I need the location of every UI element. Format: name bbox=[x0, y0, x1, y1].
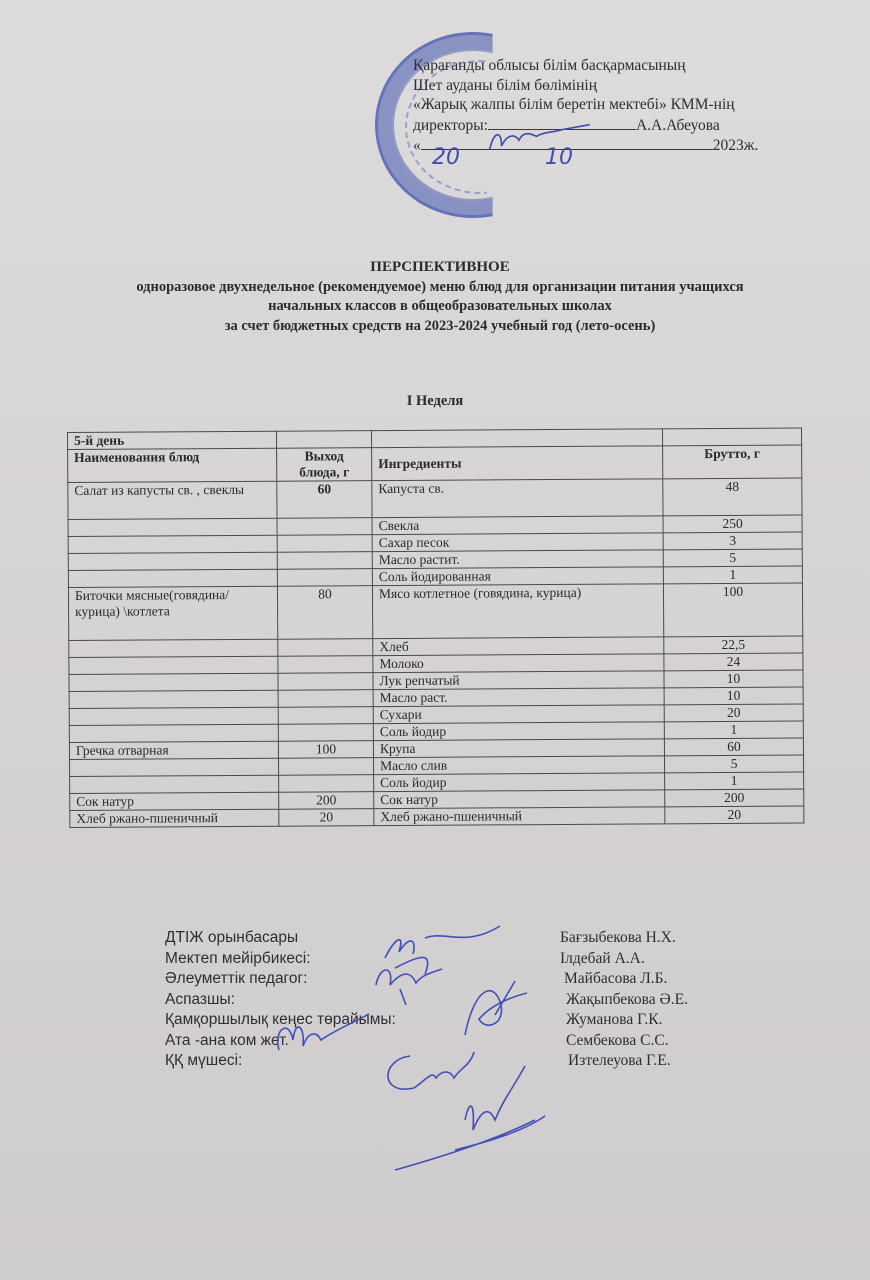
yield-cell bbox=[278, 639, 373, 657]
dish-cell bbox=[68, 535, 277, 553]
handwritten-date-month: 10 bbox=[545, 145, 573, 170]
ingredient-cell: Сок натур bbox=[374, 790, 665, 809]
yield-cell bbox=[278, 758, 373, 776]
gross-cell: 1 bbox=[664, 721, 803, 739]
handwritten-date-day: 20 bbox=[432, 145, 460, 170]
gross-cell: 48 bbox=[663, 478, 802, 516]
date-open-quote: « bbox=[413, 137, 421, 154]
gross-cell: 200 bbox=[665, 789, 804, 807]
dish-cell bbox=[69, 639, 278, 657]
dish-cell bbox=[68, 518, 277, 536]
name-7: Изтелеуова Г.Е. bbox=[560, 1051, 688, 1072]
name-5: Жуманова Г.К. bbox=[560, 1010, 688, 1031]
dish-cell bbox=[68, 569, 277, 587]
header-gross: Брутто, г bbox=[663, 445, 802, 479]
dish-cell bbox=[70, 775, 279, 793]
gross-cell: 22,5 bbox=[664, 636, 803, 654]
signature-school-nurse bbox=[370, 955, 450, 1005]
ingredient-cell: Крупа bbox=[373, 739, 664, 758]
dish-cell: Сок натур bbox=[70, 792, 279, 810]
gross-cell: 100 bbox=[663, 583, 802, 637]
name-6: Сембекова С.С. bbox=[560, 1031, 688, 1052]
gross-cell: 20 bbox=[664, 704, 803, 722]
role-cook: Аспазшы: bbox=[165, 990, 396, 1011]
gross-cell: 10 bbox=[664, 687, 803, 705]
yield-cell bbox=[278, 673, 373, 691]
signatory-names: Бағзыбекова Н.Х. Ілдебай А.А. Майбасова … bbox=[560, 928, 688, 1072]
header-ingredients: Ингредиенты bbox=[372, 446, 663, 481]
ingredient-cell: Сухари bbox=[373, 705, 664, 724]
ingredient-cell: Масло раст. bbox=[373, 688, 664, 707]
signature-cook bbox=[265, 1010, 375, 1060]
header-dish: Наименования блюд bbox=[68, 448, 277, 482]
yield-cell bbox=[277, 569, 372, 587]
dish-cell: Биточки мясные(говядина/курица) \котлета bbox=[68, 586, 277, 640]
ingredient-cell: Капуста св. bbox=[372, 479, 663, 518]
gross-cell: 1 bbox=[665, 772, 804, 790]
ingredient-cell: Лук репчатый bbox=[373, 671, 664, 690]
yield-cell bbox=[278, 656, 373, 674]
yield-cell: 20 bbox=[279, 809, 374, 827]
yield-cell bbox=[278, 690, 373, 708]
ingredient-cell: Сахар песок bbox=[372, 533, 663, 552]
dish-cell: Салат из капусты св. , свеклы bbox=[68, 481, 277, 519]
dish-cell bbox=[69, 724, 278, 742]
dish-cell bbox=[69, 673, 278, 691]
ingredient-cell: Молоко bbox=[373, 654, 664, 673]
dish-cell: Гречка отварная bbox=[69, 741, 278, 759]
day-label: 5-й день bbox=[68, 431, 277, 449]
approval-line-2: Шет ауданы білім бөлімінің bbox=[413, 76, 758, 96]
dish-cell bbox=[68, 552, 277, 570]
yield-cell bbox=[277, 552, 372, 570]
name-1: Бағзыбекова Н.Х. bbox=[560, 928, 688, 949]
dish-cell bbox=[70, 758, 279, 776]
yield-cell bbox=[278, 707, 373, 725]
yield-cell: 60 bbox=[277, 481, 372, 519]
dish-cell bbox=[69, 656, 278, 674]
signature-social-pedagogue bbox=[455, 975, 535, 1045]
approval-line-1: Қарағанды облысы білім басқармасының bbox=[413, 56, 758, 76]
yield-cell bbox=[277, 535, 372, 553]
ingredient-cell: Хлеб bbox=[373, 637, 664, 656]
yield-cell bbox=[279, 775, 374, 793]
gross-cell: 60 bbox=[664, 738, 803, 756]
table-row: Биточки мясные(говядина/курица) \котлета… bbox=[68, 583, 802, 640]
name-4: Жақыпбекова Ә.Е. bbox=[560, 990, 688, 1011]
table-row: Салат из капусты св. , свеклы60Капуста с… bbox=[68, 478, 802, 519]
yield-cell: 200 bbox=[279, 792, 374, 810]
dish-cell bbox=[69, 707, 278, 725]
ingredient-cell: Свекла bbox=[372, 516, 663, 535]
ingredient-cell: Мясо котлетное (говядина, курица) bbox=[372, 584, 663, 639]
gross-cell: 3 bbox=[663, 532, 802, 550]
header-row: Наименования блюд Выход блюда, г Ингреди… bbox=[68, 445, 802, 482]
week-heading: I Неделя bbox=[0, 393, 870, 410]
director-name: А.А.Абеуова bbox=[636, 117, 720, 134]
name-2: Ілдебай А.А. bbox=[560, 949, 688, 970]
table-row: Хлеб ржано-пшеничный20Хлеб ржано-пшеничн… bbox=[70, 806, 804, 827]
document-title: ПЕРСПЕКТИВНОЕ одноразовое двухнедельное … bbox=[40, 258, 840, 336]
gross-cell: 5 bbox=[664, 755, 803, 773]
ingredient-cell: Масло растит. bbox=[372, 550, 663, 569]
ingredient-cell: Соль йодир bbox=[373, 722, 664, 741]
title-main: ПЕРСПЕКТИВНОЕ bbox=[40, 258, 840, 278]
date-year: 2023ж. bbox=[713, 137, 759, 154]
gross-cell: 250 bbox=[663, 515, 802, 533]
dish-cell: Хлеб ржано-пшеничный bbox=[70, 809, 279, 827]
header-yield: Выход блюда, г bbox=[277, 448, 372, 482]
approval-line-3: «Жарық жалпы білім беретін мектебі» КММ-… bbox=[413, 95, 758, 115]
gross-cell: 20 bbox=[665, 806, 804, 824]
yield-cell bbox=[278, 724, 373, 742]
ingredient-cell: Масло слив bbox=[373, 756, 664, 775]
menu-table: 5-й день Наименования блюд Выход блюда, … bbox=[67, 428, 804, 828]
name-3: Майбасова Л.Б. bbox=[560, 969, 688, 990]
gross-cell: 24 bbox=[664, 653, 803, 671]
title-line-3: за счет бюджетных средств на 2023-2024 у… bbox=[40, 317, 840, 337]
title-line-1: одноразовое двухнедельное (рекомендуемое… bbox=[40, 278, 840, 298]
gross-cell: 10 bbox=[664, 670, 803, 688]
ingredient-cell: Хлеб ржано-пшеничный bbox=[374, 807, 665, 826]
title-line-2: начальных классов в общеобразовательных … bbox=[40, 297, 840, 317]
yield-cell: 80 bbox=[277, 586, 372, 640]
ingredient-cell: Соль йодированная bbox=[372, 567, 663, 586]
dish-cell bbox=[69, 690, 278, 708]
director-label: директоры: bbox=[413, 117, 488, 134]
yield-cell bbox=[277, 518, 372, 536]
gross-cell: 5 bbox=[663, 549, 802, 567]
ingredient-cell: Соль йодир bbox=[374, 773, 665, 792]
yield-cell: 100 bbox=[278, 741, 373, 759]
gross-cell: 1 bbox=[663, 566, 802, 584]
signature-board-member bbox=[385, 1060, 555, 1175]
